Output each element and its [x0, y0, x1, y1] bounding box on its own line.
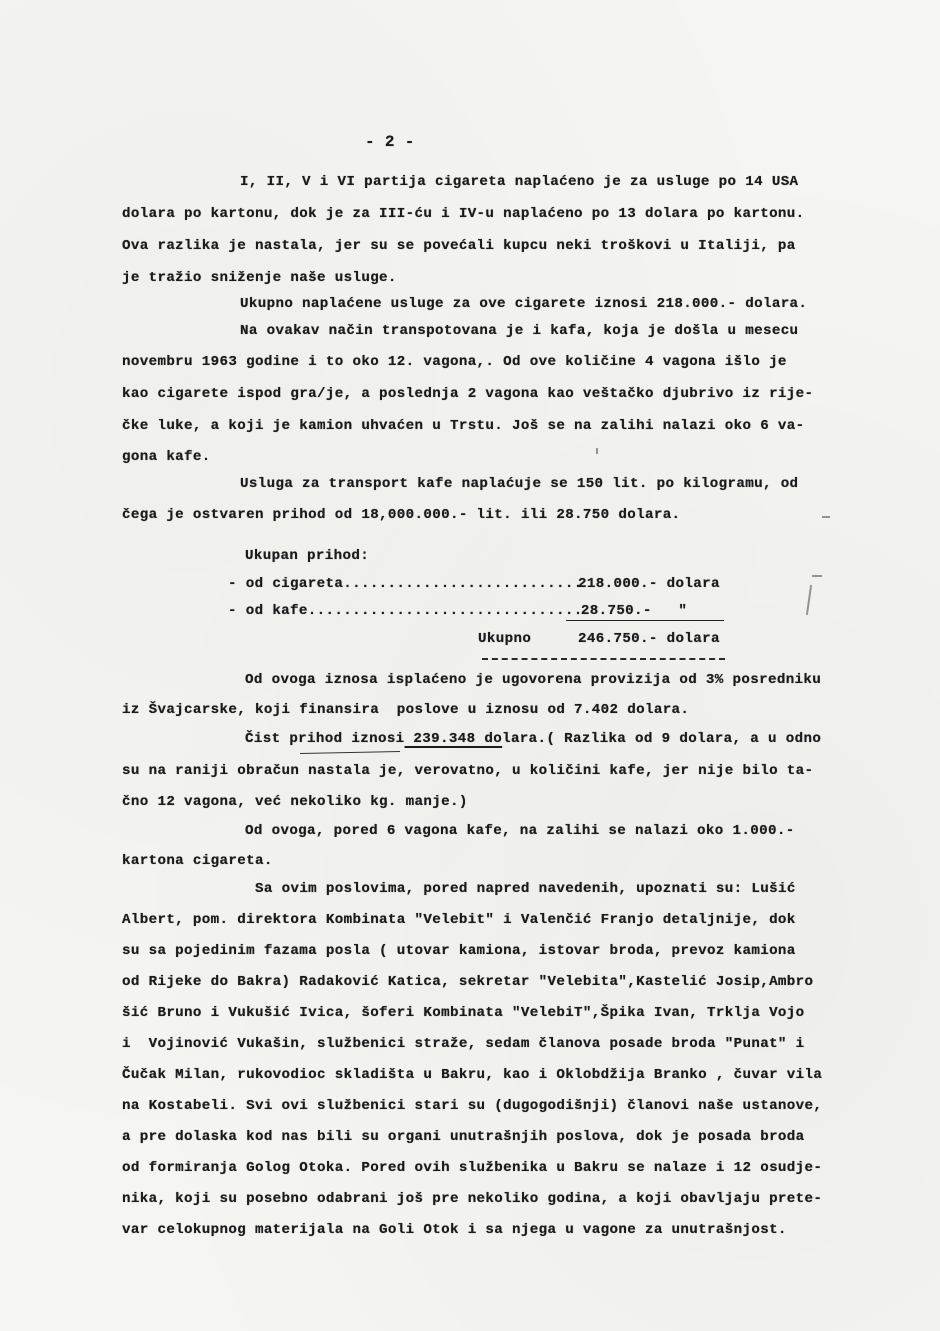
paragraph-8-line-4: od Rijeke do Bakra) Radaković Katica, se…	[122, 973, 813, 991]
paragraph-8-line-5: šić Bruno i Vukušić Ivica, šoferi Kombin…	[122, 1004, 805, 1022]
paragraph-5-line-1: Od ovoga iznosa isplaćeno je ugovorena p…	[245, 671, 821, 689]
paragraph-8-line-3: su sa pojedinim fazama posla ( utovar ka…	[122, 942, 796, 960]
paragraph-3-line-4: čke luke, a koji je kamion uhvaćen u Trs…	[122, 417, 805, 435]
paragraph-1-line-3: Ova razlika je nastala, jer su se poveća…	[122, 237, 796, 255]
income-row-coffee-label: - od kafe...............................	[228, 602, 583, 620]
document-page: - 2 - I, II, V i VI partija cigareta nap…	[0, 0, 940, 1331]
income-total-amount: 246.750.- dolara	[578, 630, 720, 648]
paragraph-8-line-2: Albert, pom. direktora Kombinata "Velebi…	[122, 911, 796, 929]
income-heading: Ukupan prihod:	[245, 547, 369, 565]
subtotal-underline	[566, 620, 724, 621]
income-row-coffee-amount: 28.750.- "	[572, 602, 714, 620]
paragraph-6-line-2: su na raniji obračun nastala je, verovat…	[122, 762, 813, 780]
paragraph-2-line-1: Ukupno naplaćene usluge za ove cigarete …	[240, 295, 807, 313]
handwritten-underline	[300, 751, 400, 754]
paragraph-1-line-2: dolara po kartonu, dok je za III-ću i IV…	[122, 205, 805, 223]
scan-mark	[806, 585, 812, 615]
scan-mark	[596, 448, 598, 454]
paragraph-1-line-4: je tražio sniženje naše usluge.	[122, 269, 397, 287]
net-income-prefix: Čist prihod iznosi	[245, 731, 405, 747]
paragraph-7-line-2: kartona cigareta.	[122, 852, 273, 870]
paragraph-8-line-8: na Kostabeli. Svi ovi službenici stari s…	[122, 1097, 822, 1115]
paragraph-3-line-2: novembru 1963 godine i to oko 12. vagona…	[122, 353, 787, 371]
paragraph-4-line-2: čega je ostvaren prihod od 18,000.000.- …	[122, 506, 680, 524]
paragraph-3-line-5: gona kafe.	[122, 448, 211, 466]
income-row-cigarettes-label: - od cigareta...........................	[228, 575, 583, 593]
paragraph-8-line-10: od formiranja Golog Otoka. Pored ovih sl…	[122, 1159, 822, 1177]
scan-mark	[812, 575, 822, 577]
paragraph-8-line-11: nika, koji su posebno odabrani još pre n…	[122, 1190, 822, 1208]
paragraph-3-line-3: kao cigarete ispod gra/je, a poslednja 2…	[122, 385, 813, 403]
paragraph-1-line-1: I, II, V i VI partija cigareta naplaćeno…	[240, 173, 798, 191]
paragraph-6-line-1: Čist prihod iznosi 239.348 dolara.( Razl…	[245, 730, 821, 748]
income-total-label: Ukupno	[478, 630, 531, 648]
paragraph-6-line-3: čno 12 vagona, već nekoliko kg. manje.)	[122, 793, 468, 811]
total-double-rule	[482, 658, 725, 660]
paragraph-8-line-1: Sa ovim poslovima, pored napred navedeni…	[255, 880, 796, 898]
paragraph-5-line-2: iz Švajcarske, koji finansira poslove u …	[122, 701, 689, 719]
income-row-cigarettes-amount: 218.000.- dolara	[578, 575, 720, 593]
paragraph-8-line-7: Čučak Milan, rukovodioc skladišta u Bakr…	[122, 1066, 822, 1084]
paragraph-4-line-1: Usluga za transport kafe naplaćuje se 15…	[240, 475, 798, 493]
paragraph-8-line-12: var celokupnog materijala na Goli Otok i…	[122, 1221, 787, 1239]
net-income-suffix: lara.( Razlika od 9 dolara, a u odno	[502, 731, 821, 747]
paragraph-8-line-6: i Vojinović Vukašin, službenici straže, …	[122, 1035, 805, 1053]
paragraph-8-line-9: a pre dolaska kod nas bili su organi unu…	[122, 1128, 805, 1146]
paragraph-3-line-1: Na ovakav način transpotovana je i kafa,…	[240, 322, 798, 340]
page-number: - 2 -	[365, 133, 415, 151]
net-income-amount-underlined: 239.348 do	[405, 731, 503, 747]
scan-mark	[822, 516, 830, 518]
paragraph-7-line-1: Od ovoga, pored 6 vagona kafe, na zalihi…	[245, 822, 795, 840]
